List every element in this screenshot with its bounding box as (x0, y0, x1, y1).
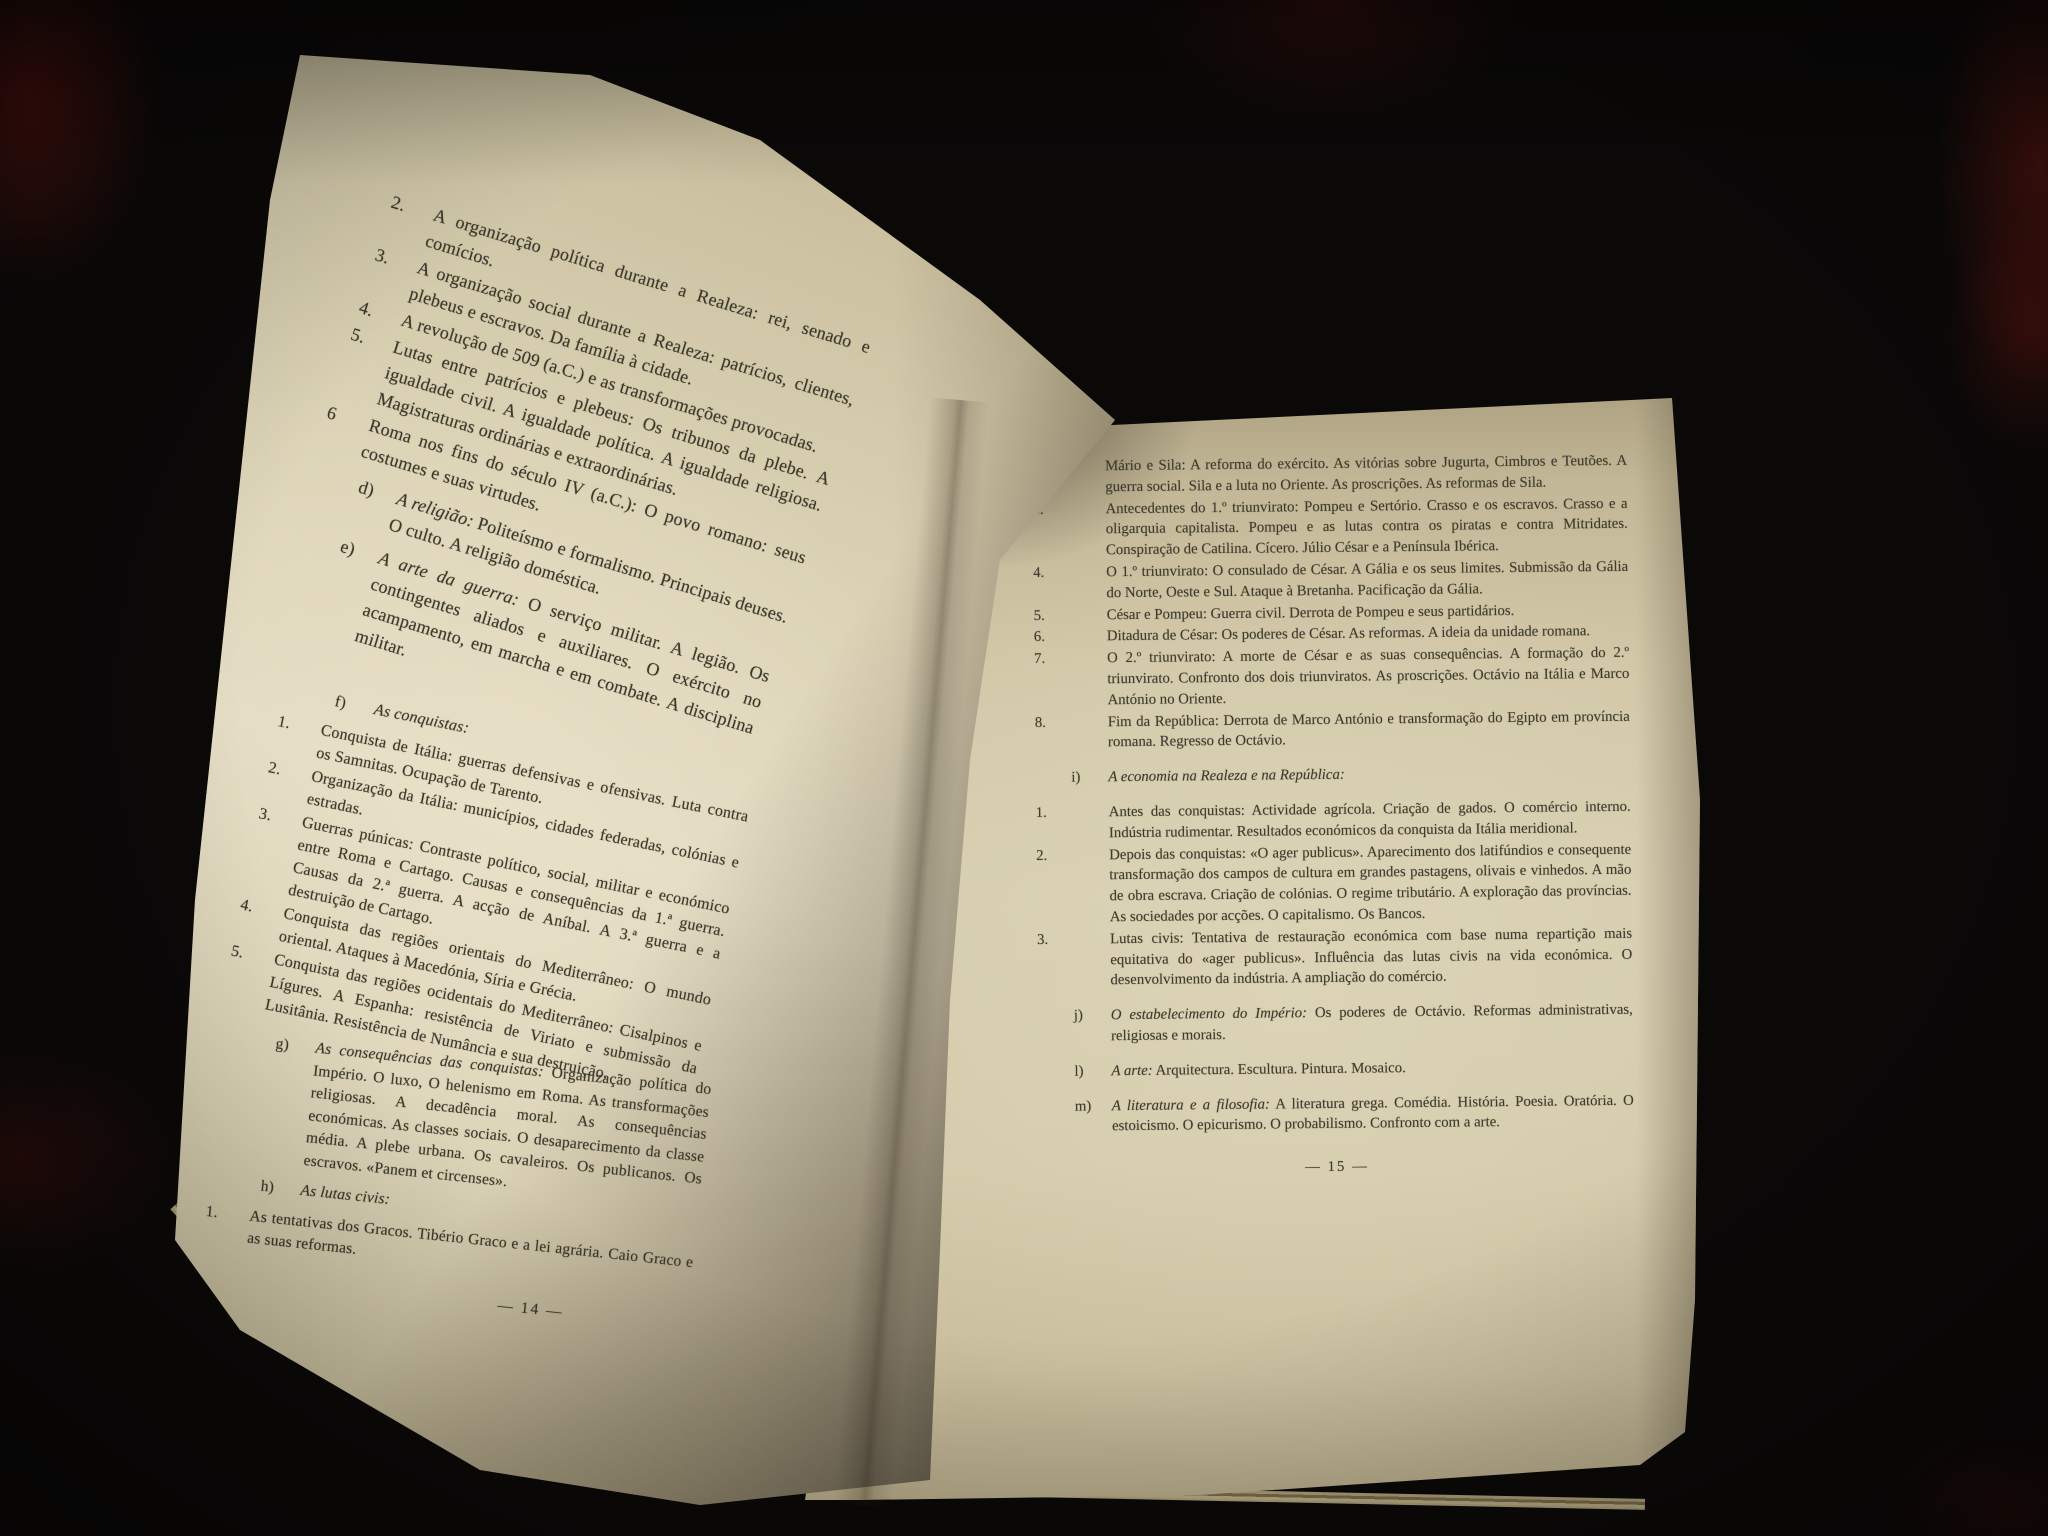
list-item: 2. Mário e Sila: A reforma do exército. … (1032, 451, 1627, 499)
item-marker: 2. (1036, 845, 1110, 929)
item-marker: 4. (1033, 562, 1106, 604)
item-marker: 6. (1034, 627, 1107, 649)
item-text: O 1.º triunvirato: O consulado de César.… (1106, 557, 1628, 604)
item-text: Mário e Sila: A reforma do exército. As … (1105, 451, 1627, 498)
list-item: 2. Depois das conquistas: «O ager public… (1036, 839, 1632, 928)
list-item: m) A literatura e a filosofia: A literat… (1039, 1090, 1634, 1138)
left-page-text-lower: g) As consequências das conquistas: Orga… (198, 1020, 713, 1337)
item-lead: As lutas civis: (300, 1182, 391, 1208)
item-marker: 8. (1035, 712, 1108, 754)
item-marker: m) (1039, 1096, 1112, 1138)
item-lead: O estabelecimento do Império: (1111, 1005, 1307, 1023)
item-marker: 3. (1037, 929, 1111, 992)
page-number: — 15 — (1039, 1154, 1634, 1181)
item-lead: A arte: (1111, 1062, 1152, 1078)
list-item: i) A economia na Realeza e na República: (1035, 762, 1630, 789)
page-number: — 14 — (496, 1295, 687, 1337)
item-marker: l) (1038, 1061, 1111, 1083)
item-text: Arquitectura. Escultura. Pintura. Mosaic… (1155, 1060, 1405, 1079)
list-item: 3. Lutas civis: Tentativa de restauração… (1037, 923, 1633, 992)
item-text: Lutas civis: Tentativa de restauração ec… (1110, 923, 1633, 991)
item-text: Fim da República: Derrota de Marco Antón… (1108, 706, 1630, 753)
item-marker: 1. (202, 1201, 250, 1250)
right-page-text: 2. Mário e Sila: A reforma do exército. … (1032, 450, 1635, 1181)
item-lead: A economia na Realeza e na República: (1108, 767, 1345, 785)
item-text: O 2.º triunvirato: A morte de César e as… (1107, 643, 1630, 711)
item-text: Depois das conquistas: «O ager publicus»… (1109, 839, 1632, 928)
list-item: j) O estabelecimento do Império: Os pode… (1038, 1000, 1633, 1048)
item-lead: A literatura e a filosofia: (1112, 1096, 1270, 1114)
item-marker: f) (333, 690, 377, 721)
list-item: 3. Antecedentes do 1.º triunvirato: Pomp… (1032, 493, 1628, 562)
item-marker: i) (1035, 767, 1108, 789)
item-marker: 5. (1034, 605, 1107, 627)
list-item: 4. O 1.º triunvirato: O consulado de Cés… (1033, 557, 1628, 605)
list-item: 7. O 2.º triunvirato: A morte de César e… (1034, 643, 1630, 712)
item-text: Organização política do Império. O luxo,… (303, 1062, 712, 1190)
item-marker: 1. (1036, 802, 1109, 844)
list-item: 8. Fim da República: Derrota de Marco An… (1035, 706, 1630, 754)
item-marker: j) (1038, 1005, 1111, 1047)
item-text: Antecedentes do 1.º triunvirato: Pompeu … (1105, 493, 1628, 561)
item-marker: h) (260, 1176, 302, 1203)
item-text: Antes das conquistas: Actividade agrícol… (1109, 797, 1631, 844)
item-marker: 7. (1034, 648, 1108, 711)
list-item: 1. Antes das conquistas: Actividade agrí… (1036, 797, 1631, 845)
list-item: l) A arte: Arquitectura. Escultura. Pint… (1038, 1055, 1633, 1082)
item-marker: 3. (1032, 499, 1106, 562)
